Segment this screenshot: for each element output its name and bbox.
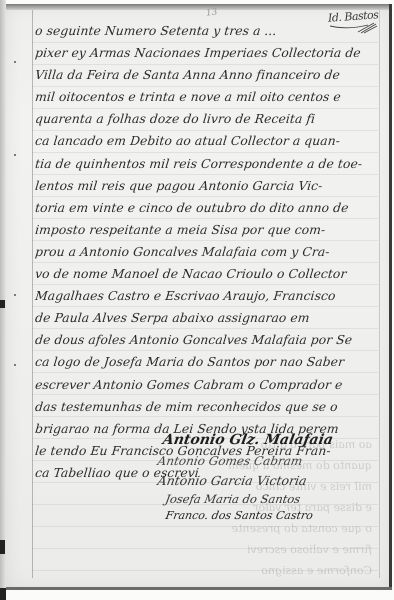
page-right-edge (389, 4, 392, 590)
binding-hole (0, 300, 5, 308)
text-line: imposto respeitante a meia Sisa por que … (34, 219, 382, 241)
ink-speck (14, 294, 16, 296)
manuscript-page: 13 Id. Bastos ao mais para o ditto quant… (6, 4, 392, 590)
page-bottom-edge (6, 587, 392, 590)
binding-hole (0, 540, 5, 554)
signature: Josefa Maria do Santos (164, 491, 389, 507)
ink-speck (14, 61, 16, 63)
text-line: de Paula Alves Serpa abaixo assignarao e… (34, 307, 382, 329)
text-line: vo de nome Manoel de Nacao Crioulo o Col… (34, 263, 382, 285)
folio-number: 13 (205, 7, 218, 18)
left-margin-rule (32, 10, 33, 578)
text-line: quarenta a folhas doze do livro de Recei… (34, 108, 382, 130)
text-line: ca lancado em Debito ao atual Collector … (34, 130, 382, 152)
text-line: ca logo de Josefa Maria do Santos por na… (34, 351, 382, 373)
text-line: das testemunhas de mim reconhecidos que … (34, 396, 382, 418)
manuscript-scan: 13 Id. Bastos ao mais para o ditto quant… (0, 0, 394, 600)
text-line: o seguinte Numero Setenta y tres a ... (34, 20, 382, 42)
bleed-line: Conforme e assigno (41, 560, 373, 581)
page-top-edge (6, 4, 392, 10)
text-line: pixer ey Armas Nacionaes Imperiaes Colle… (34, 42, 382, 64)
signature: Franco. dos Santos Castro (164, 507, 389, 525)
text-line: tia de quinhentos mil reis Correspondent… (34, 153, 382, 175)
text-line: Magalhaes Castro e Escrivao Araujo, Fran… (34, 285, 382, 307)
ink-speck (14, 154, 16, 156)
bleed-line: firme e valioso escrevi (41, 539, 373, 560)
text-line: toria em vinte e cinco de outubro do dit… (34, 197, 382, 219)
text-line: Villa da Feira de Santa Anna Anno financ… (34, 64, 382, 86)
text-line: prou a Antonio Goncalves Malafaia com y … (34, 241, 382, 263)
signature: Antonio Glz. Malafaia (161, 429, 390, 451)
text-line: de dous afoles Antonio Goncalves Malafai… (34, 329, 382, 351)
signature-block: Antonio Glz. Malafaia Antonio Gomes Cabr… (156, 429, 386, 525)
text-line: mil oitocentos e trinta e nove a mil oit… (34, 86, 382, 108)
ink-speck (14, 364, 16, 366)
text-line: escrever Antonio Gomes Cabram o Comprado… (34, 374, 382, 396)
signature: Antonio Garcia Victoria (156, 471, 390, 491)
text-line: lentos mil reis que pagou Antonio Garcia… (34, 175, 382, 197)
manuscript-body: o seguinte Numero Setenta y tres a ... p… (34, 20, 380, 484)
signature: Antonio Gomes Cabram (156, 451, 390, 471)
